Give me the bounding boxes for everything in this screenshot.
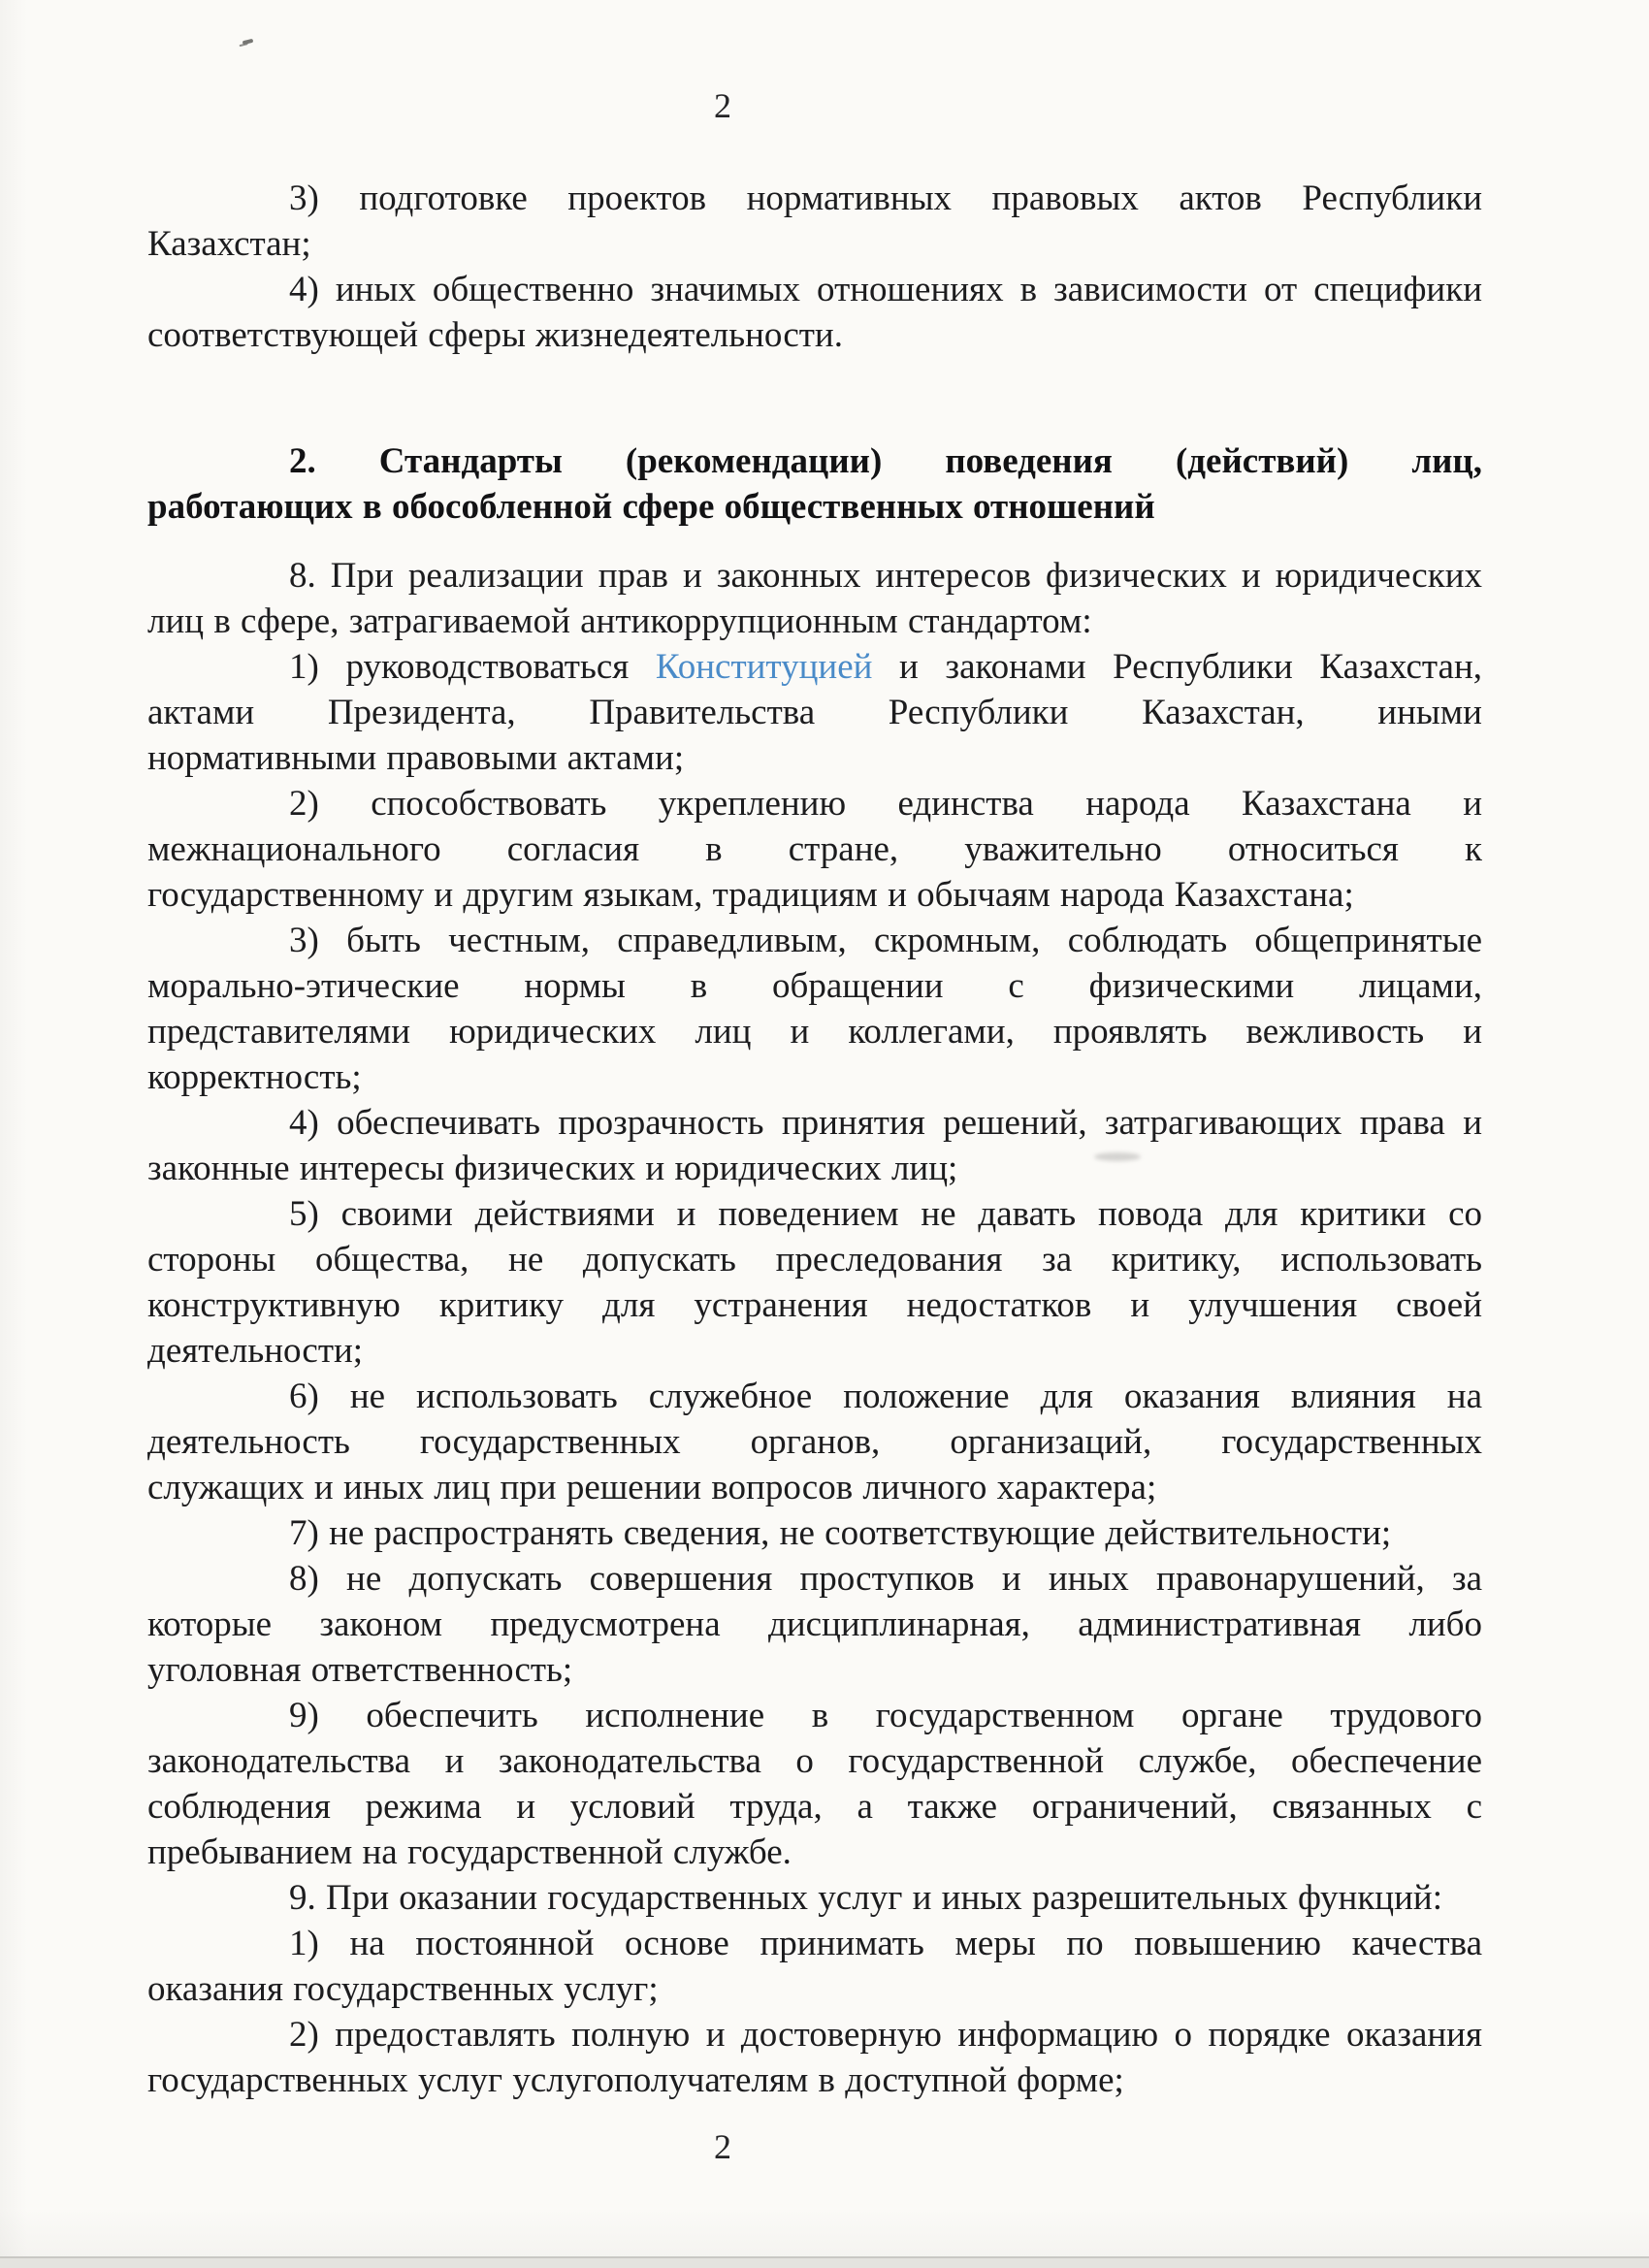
- paragraph: 3) быть честным, справедливым, скромным,…: [147, 918, 1482, 1100]
- text-segment: 1) руководствоваться: [289, 647, 656, 687]
- text-line: 2) способствовать укреплению единства на…: [147, 781, 1482, 826]
- text-line: 4) иных общественно значимых отношениях …: [147, 267, 1482, 312]
- text-line: 3) быть честным, справедливым, скромным,…: [147, 918, 1482, 963]
- paragraph: 9. При оказании государственных услуг и …: [147, 1875, 1482, 1921]
- paragraph: 2) способствовать укреплению единства на…: [147, 781, 1482, 918]
- text-line: 8. При реализации прав и законных интере…: [147, 553, 1482, 599]
- text-line: соответствующей сферы жизнедеятельности.: [147, 312, 1482, 358]
- paragraph: 2) предоставлять полную и достоверную ин…: [147, 2012, 1482, 2103]
- text-line: нормативными правовыми актами;: [147, 735, 1482, 781]
- text-line: пребыванием на государственной службе.: [147, 1830, 1482, 1875]
- text-line: 9. При оказании государственных услуг и …: [147, 1875, 1482, 1921]
- document-body: 2 3) подготовке проектов нормативных пра…: [147, 83, 1482, 2170]
- text-line: морально-этические нормы в обращении с ф…: [147, 963, 1482, 1009]
- constitution-link[interactable]: Конституцией: [656, 647, 873, 687]
- text-line: 2) предоставлять полную и достоверную ин…: [147, 2012, 1482, 2057]
- text-line: лиц в сфере, затрагиваемой антикоррупцио…: [147, 599, 1482, 644]
- text-line: межнационального согласия в стране, уваж…: [147, 826, 1482, 872]
- text-line: 3) подготовке проектов нормативных право…: [147, 176, 1482, 221]
- text-line: уголовная ответственность;: [147, 1647, 1482, 1693]
- paragraph: 9) обеспечить исполнение в государственн…: [147, 1693, 1482, 1875]
- paragraph: 4) обеспечивать прозрачность принятия ре…: [147, 1100, 1482, 1191]
- text-line: законодательства и законодательства о го…: [147, 1738, 1482, 1784]
- text-line: 5) своими действиями и поведением не дав…: [147, 1191, 1482, 1237]
- text-line: государственных услуг услугополучателям …: [147, 2057, 1482, 2103]
- paragraph: 3) подготовке проектов нормативных право…: [147, 176, 1482, 267]
- text-line: корректность;: [147, 1054, 1482, 1100]
- section-heading: 2. Стандарты (рекомендации) поведения (д…: [147, 438, 1482, 530]
- scan-speck: [242, 39, 254, 46]
- paragraph: 5) своими действиями и поведением не дав…: [147, 1191, 1482, 1374]
- text-line: представителями юридических лиц и коллег…: [147, 1009, 1482, 1054]
- paragraph: 8) не допускать совершения проступков и …: [147, 1556, 1482, 1693]
- text-line: деятельности;: [147, 1328, 1482, 1374]
- text-line: оказания государственных услуг;: [147, 1966, 1482, 2012]
- text-line: 4) обеспечивать прозрачность принятия ре…: [147, 1100, 1482, 1146]
- text-segment: и законами Республики Казахстан,: [872, 647, 1482, 687]
- paragraph: 6) не использовать служебное положение д…: [147, 1374, 1482, 1510]
- text-line: деятельность государственных органов, ор…: [147, 1419, 1482, 1465]
- text-line: соблюдения режима и условий труда, а так…: [147, 1784, 1482, 1830]
- text-line: служащих и иных лиц при решении вопросов…: [147, 1465, 1482, 1510]
- scan-edge: [0, 2256, 1649, 2268]
- document-text: 3) подготовке проектов нормативных право…: [147, 176, 1482, 2103]
- paragraph: 1) на постоянной основе принимать меры п…: [147, 1921, 1482, 2012]
- text-line: Казахстан;: [147, 221, 1482, 267]
- text-line: 1) на постоянной основе принимать меры п…: [147, 1921, 1482, 1966]
- page-number-top: 2: [147, 83, 1482, 129]
- page-number-bottom: 2: [147, 2124, 1482, 2170]
- text-line: которые законом предусмотрена дисциплина…: [147, 1602, 1482, 1647]
- text-line: законные интересы физических и юридическ…: [147, 1146, 1482, 1191]
- text-line: 8) не допускать совершения проступков и …: [147, 1556, 1482, 1602]
- paragraph: 1) руководствоваться Конституцией и зако…: [147, 644, 1482, 781]
- paragraph: 4) иных общественно значимых отношениях …: [147, 267, 1482, 358]
- paragraph: 8. При реализации прав и законных интере…: [147, 553, 1482, 644]
- text-line: 7) не распространять сведения, не соотве…: [147, 1510, 1482, 1556]
- text-line: стороны общества, не допускать преследов…: [147, 1237, 1482, 1282]
- text-line: 1) руководствоваться Конституцией и зако…: [147, 644, 1482, 690]
- text-line: 9) обеспечить исполнение в государственн…: [147, 1693, 1482, 1738]
- text-line: 6) не использовать служебное положение д…: [147, 1374, 1482, 1419]
- text-line: 2. Стандарты (рекомендации) поведения (д…: [147, 438, 1482, 484]
- paragraph: 7) не распространять сведения, не соотве…: [147, 1510, 1482, 1556]
- text-line: работающих в обособленной сфере обществе…: [147, 484, 1482, 530]
- text-line: конструктивную критику для устранения не…: [147, 1282, 1482, 1328]
- text-line: актами Президента, Правительства Республ…: [147, 690, 1482, 735]
- document-page: 2 3) подготовке проектов нормативных пра…: [0, 0, 1649, 2268]
- text-line: государственному и другим языкам, традиц…: [147, 872, 1482, 918]
